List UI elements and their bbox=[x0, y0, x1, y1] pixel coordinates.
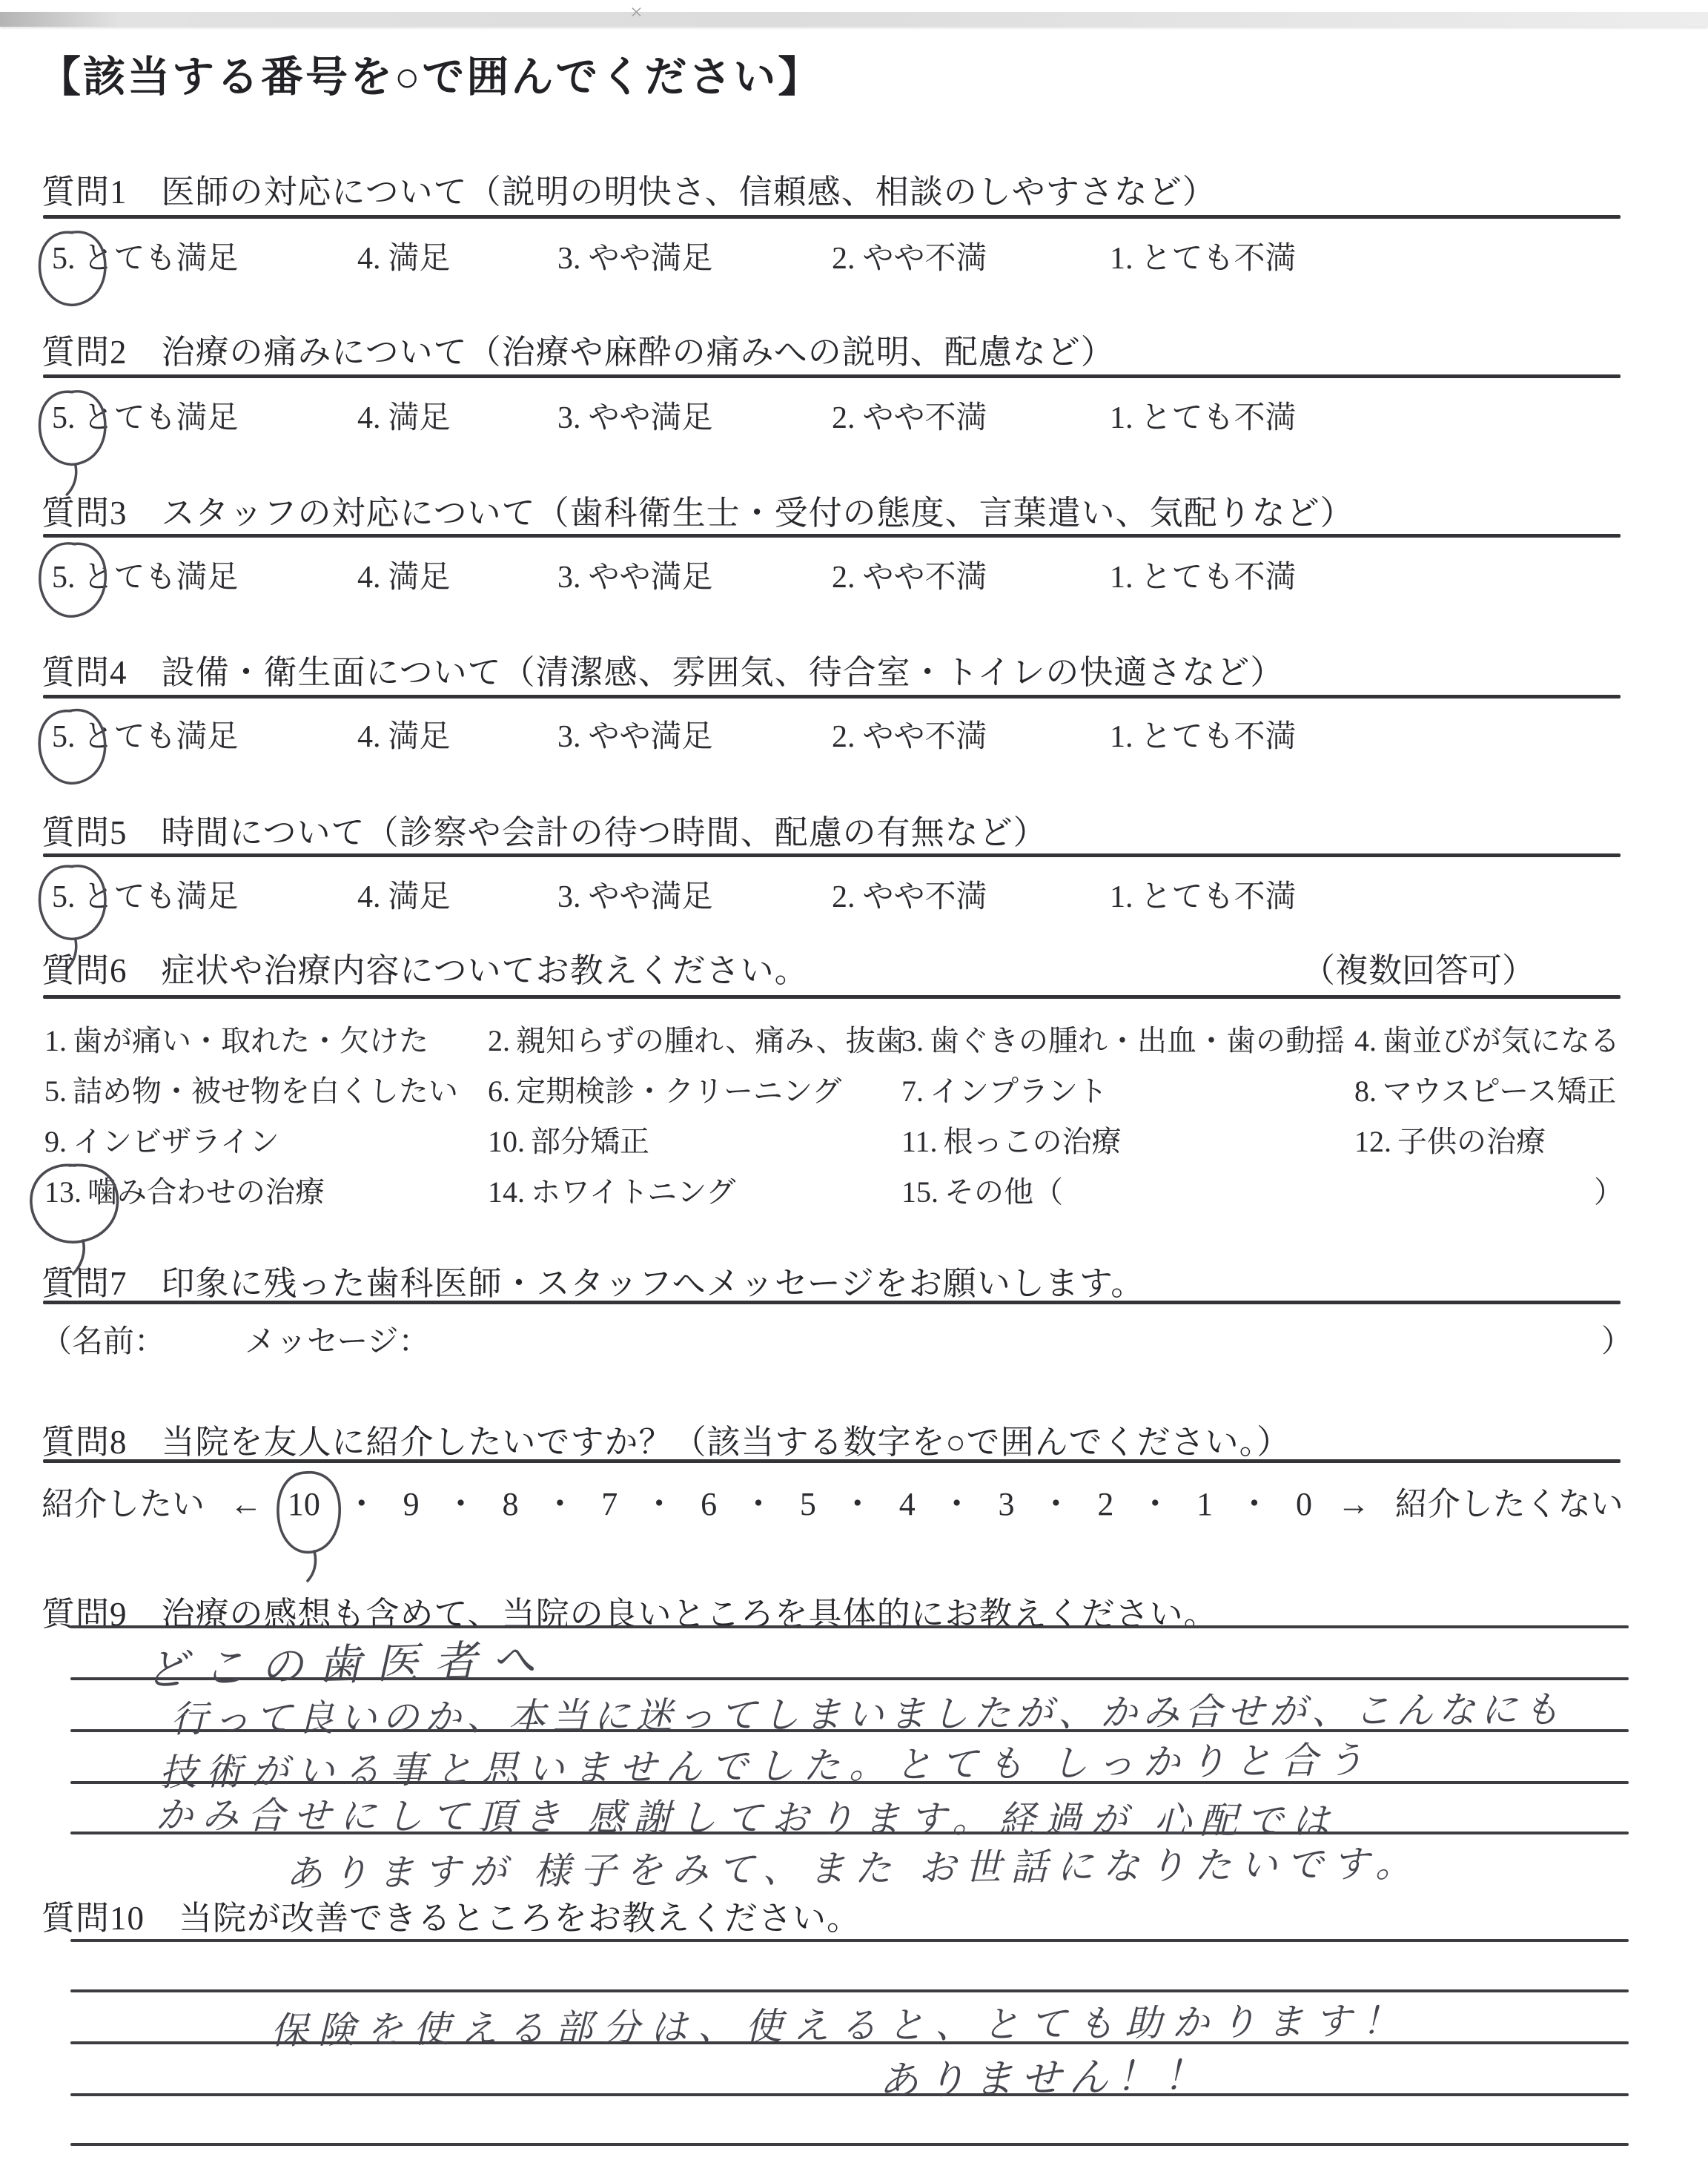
q1-option-3[interactable]: 3.やや満足 bbox=[557, 234, 713, 278]
q6-item-3[interactable]: 3.歯ぐきの腫れ・出血・歯の動揺 bbox=[901, 1017, 1345, 1060]
q6-item-8[interactable]: 8.マウスピース矯正 bbox=[1354, 1068, 1616, 1110]
q5-option-3[interactable]: 3.やや満足 bbox=[557, 872, 713, 916]
q2-option-5-num: 5. bbox=[52, 401, 76, 435]
q7-name-label: （名前： bbox=[41, 1317, 165, 1361]
q6-item-14[interactable]: 14.ホワイトニング bbox=[488, 1169, 735, 1211]
q8-score-9[interactable]: 9 bbox=[403, 1485, 420, 1523]
q7-close-paren: ） bbox=[1601, 1317, 1632, 1361]
q2-option-1[interactable]: 1.とても不満 bbox=[1110, 393, 1297, 437]
q8-right-label: 紹介したくない bbox=[1395, 1477, 1623, 1525]
q10-answer-line[interactable] bbox=[70, 1939, 1629, 1942]
q9-handwriting-line: どこの歯医者へ bbox=[144, 1625, 550, 1697]
q2-option-5[interactable]: 5.とても満足 bbox=[52, 393, 239, 437]
q8-left-label: 紹介したい bbox=[42, 1477, 205, 1525]
q5-option-5[interactable]: 5.とても満足 bbox=[52, 872, 239, 916]
q8-score-2[interactable]: 2 bbox=[1097, 1485, 1113, 1523]
q3-option-2[interactable]: 2.やや不満 bbox=[832, 552, 987, 597]
q6-item-2[interactable]: 2.親知らずの腫れ、痛み、抜歯 bbox=[488, 1017, 905, 1060]
q4-divider bbox=[43, 695, 1621, 698]
page-title: 【該当する番号を○で囲んでください】 bbox=[39, 43, 822, 104]
q1-option-5[interactable]: 5.とても満足 bbox=[52, 234, 239, 278]
q7-header: 質問7 印象に残った歯科医師・スタッフへメッセージをお願いします。 bbox=[42, 1256, 1145, 1304]
q4-option-5-num: 5. bbox=[52, 720, 76, 754]
q1-option-5-label: とても満足 bbox=[83, 242, 239, 276]
q4-option-4[interactable]: 4.満足 bbox=[357, 712, 451, 756]
q2-option-4[interactable]: 4.満足 bbox=[357, 393, 451, 437]
q3-header: 質問3 スタッフの対応について（歯科衛生士・受付の態度、言葉遣い、気配りなど） bbox=[42, 486, 1354, 534]
q2-divider bbox=[43, 374, 1621, 378]
q1-option-5-num: 5. bbox=[52, 242, 76, 276]
q8-score-5[interactable]: 5 bbox=[800, 1485, 816, 1523]
q2-option-5-label: とても満足 bbox=[83, 401, 239, 435]
q8-score-0[interactable]: 0 bbox=[1296, 1485, 1312, 1523]
q4-option-1[interactable]: 1.とても不満 bbox=[1110, 712, 1297, 756]
q1-option-4[interactable]: 4.満足 bbox=[357, 234, 451, 278]
q1-header: 質問1 医師の対応について（説明の明快さ、信頼感、相談のしやすさなど） bbox=[42, 165, 1217, 213]
q1-options: 5.とても満足 4.満足 3.やや満足 2.やや不満 1.とても不満 bbox=[0, 234, 1708, 280]
q10-header: 質問10 当院が改善できるところをお教えください。 bbox=[42, 1891, 861, 1939]
q10-answer-line[interactable] bbox=[70, 2143, 1629, 2146]
q5-header: 質問5 時間について（診察や会計の待つ時間、配慮の有無など） bbox=[42, 805, 1047, 853]
q8-scale: 紹介したい ← 10 ・ 9 ・ 8 ・ 7 ・ 6 ・ 5 ・ 4 ・ 3 ・… bbox=[42, 1477, 1623, 1525]
q6-other-close-paren: ） bbox=[1594, 1169, 1623, 1211]
q6-item-15[interactable]: 15.その他（ bbox=[901, 1169, 1063, 1211]
q3-option-3[interactable]: 3.やや満足 bbox=[557, 552, 713, 597]
q8-divider bbox=[43, 1459, 1621, 1463]
q4-option-3[interactable]: 3.やや満足 bbox=[557, 712, 713, 756]
q8-score-3[interactable]: 3 bbox=[999, 1485, 1015, 1523]
q6-note: （複数回答可） bbox=[1302, 943, 1535, 991]
q5-options: 5.とても満足 4.満足 3.やや満足 2.やや不満 1.とても不満 bbox=[0, 872, 1708, 918]
q10-handwriting-line: 保険を使える部分は、使えると、とても助かります！ bbox=[271, 1991, 1410, 2054]
q2-option-2[interactable]: 2.やや不満 bbox=[832, 393, 987, 437]
q3-options: 5.とても満足 4.満足 3.やや満足 2.やや不満 1.とても不満 bbox=[0, 552, 1708, 598]
q5-option-5-label: とても満足 bbox=[83, 880, 239, 914]
q1-divider bbox=[43, 215, 1621, 219]
scan-edge-artifact bbox=[0, 12, 1708, 27]
q5-option-1[interactable]: 1.とても不満 bbox=[1110, 872, 1297, 916]
q6-item-10[interactable]: 10.部分矯正 bbox=[488, 1118, 649, 1160]
q8-right-arrow: → bbox=[1337, 1485, 1370, 1523]
q6-item-12[interactable]: 12.子供の治療 bbox=[1354, 1118, 1546, 1160]
q8-score-8[interactable]: 8 bbox=[502, 1485, 518, 1523]
q2-option-3[interactable]: 3.やや満足 bbox=[557, 393, 713, 437]
q8-left-arrow: ← bbox=[230, 1485, 262, 1523]
q6-item-7[interactable]: 7.インプラント bbox=[901, 1068, 1108, 1110]
q3-option-5[interactable]: 5.とても満足 bbox=[52, 552, 239, 597]
q9-answer-line[interactable] bbox=[70, 1625, 1629, 1628]
q5-option-4[interactable]: 4.満足 bbox=[357, 872, 451, 916]
q1-option-2[interactable]: 2.やや不満 bbox=[832, 234, 987, 278]
q8-score-7[interactable]: 7 bbox=[601, 1485, 618, 1523]
q5-option-5-num: 5. bbox=[52, 880, 76, 914]
q3-option-5-num: 5. bbox=[52, 561, 76, 595]
q10-answer-line[interactable] bbox=[70, 2093, 1629, 2096]
q8-score-1[interactable]: 1 bbox=[1196, 1485, 1213, 1523]
q6-item-1[interactable]: 1.歯が痛い・取れた・欠けた bbox=[44, 1017, 428, 1060]
q7-message-label: メッセージ： bbox=[245, 1317, 429, 1361]
q2-options: 5.とても満足 4.満足 3.やや満足 2.やや不満 1.とても不満 bbox=[0, 393, 1708, 439]
q6-item-13[interactable]: 13.噛み合わせの治療 bbox=[44, 1169, 325, 1211]
q7-divider bbox=[43, 1301, 1621, 1304]
q4-header: 質問4 設備・衛生面について（清潔感、雰囲気、待合室・トイレの快適さなど） bbox=[42, 645, 1284, 693]
q8-score-4[interactable]: 4 bbox=[899, 1485, 916, 1523]
q5-divider bbox=[43, 853, 1621, 857]
q8-score-6[interactable]: 6 bbox=[701, 1485, 717, 1523]
q2-header: 質問2 治療の痛みについて（治療や麻酔の痛みへの説明、配慮など） bbox=[42, 325, 1115, 373]
q8-header: 質問8 当院を友人に紹介したいですか？（該当する数字を○で囲んでください。） bbox=[42, 1415, 1291, 1463]
q9-handwriting-line: ありますが 様子をみて、また お世話になりたいです。 bbox=[285, 1834, 1422, 1897]
q4-options: 5.とても満足 4.満足 3.やや満足 2.やや不満 1.とても不満 bbox=[0, 712, 1708, 758]
q6-item-11[interactable]: 11.根っこの治療 bbox=[901, 1118, 1122, 1160]
q1-option-1[interactable]: 1.とても不満 bbox=[1110, 234, 1297, 278]
q4-option-5[interactable]: 5.とても満足 bbox=[52, 712, 239, 756]
q4-option-2[interactable]: 2.やや不満 bbox=[832, 712, 987, 756]
q8-score-10[interactable]: 10 bbox=[288, 1485, 320, 1523]
scan-artifact-mark: × bbox=[630, 0, 643, 25]
q6-item-5[interactable]: 5.詰め物・被せ物を白くしたい bbox=[44, 1068, 458, 1110]
q6-divider bbox=[43, 995, 1621, 999]
q4-option-5-label: とても満足 bbox=[83, 720, 239, 754]
q3-divider bbox=[43, 534, 1621, 538]
q6-item-9[interactable]: 9.インビザライン bbox=[44, 1118, 279, 1160]
q5-option-2[interactable]: 2.やや不満 bbox=[832, 872, 987, 916]
survey-page: × 【該当する番号を○で囲んでください】 質問1 医師の対応について（説明の明快… bbox=[0, 0, 1708, 2160]
q6-item-4[interactable]: 4.歯並びが気になる bbox=[1354, 1017, 1620, 1060]
q6-header: 質問6 症状や治療内容についてお教えください。 bbox=[42, 943, 809, 991]
q3-option-1[interactable]: 1.とても不満 bbox=[1110, 552, 1297, 597]
q3-option-5-label: とても満足 bbox=[83, 561, 239, 595]
q3-option-4[interactable]: 4.満足 bbox=[357, 552, 451, 597]
q6-item-6[interactable]: 6.定期検診・クリーニング bbox=[488, 1068, 841, 1110]
q10-handwriting-line: ありません！！ bbox=[878, 2044, 1211, 2107]
